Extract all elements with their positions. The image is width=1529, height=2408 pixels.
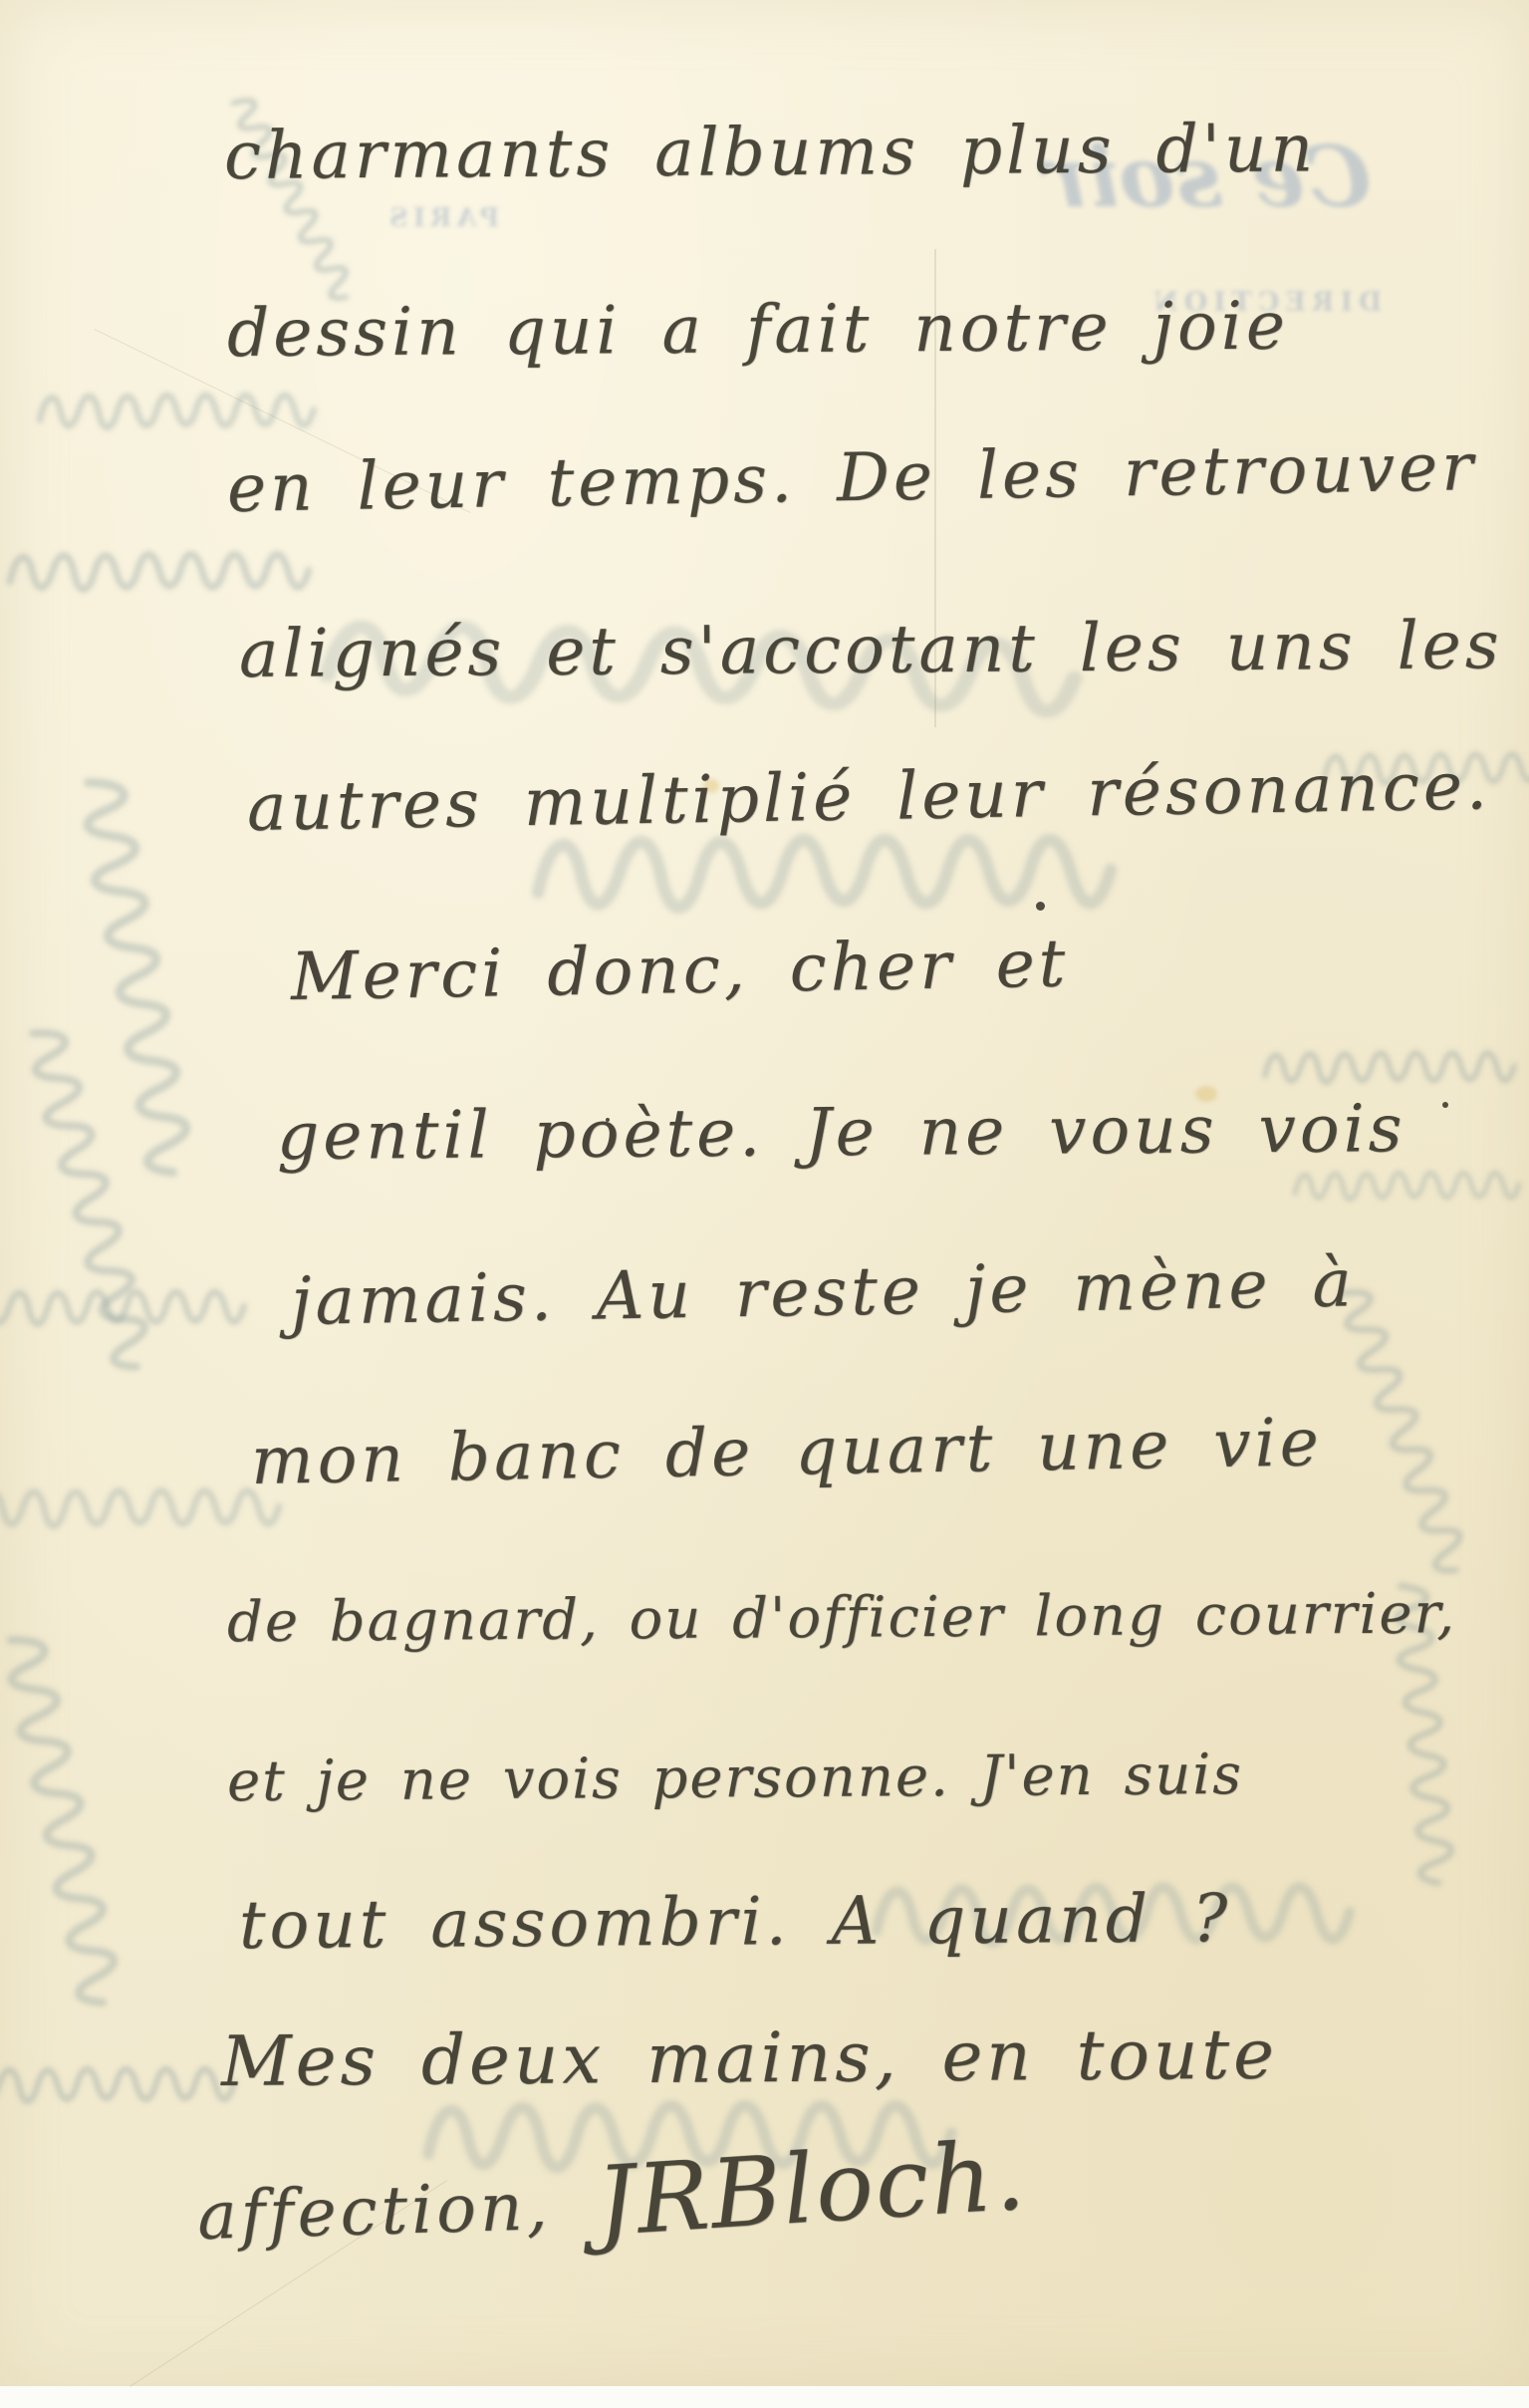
handwritten-line-11: et je ne vois personne. J'en suis [227,1742,1243,1814]
ink-speck [1036,902,1045,911]
handwritten-line-12: tout assombri. A quand ? [239,1880,1232,1964]
signature: JRBloch. [594,2119,1030,2258]
handwritten-line-10: de bagnard, ou d'officier long courrier, [227,1581,1456,1655]
handwritten-line-7: gentil poète. Je ne vous vois [277,1090,1406,1175]
closing-word: affection, [196,2168,552,2255]
handwritten-line-4: alignés et s'accotant les uns les [239,607,1503,692]
ink-speck [1442,1102,1448,1108]
handwritten-line-6: Merci donc, cher et [290,925,1070,1015]
handwritten-line-14: affection,JRBloch. [195,2127,1028,2262]
letter-page: Ce soir PARIS DIRECTION [0,0,1529,2386]
handwritten-line-13: Mes deux mains, en toute [221,2015,1278,2102]
scanned-letter: Ce soir PARIS DIRECTION [0,0,1529,2408]
handwritten-line-2: dessin qui a fait notre joie [227,288,1289,372]
handwritten-line-1: charmants albums plus d'un [224,110,1317,194]
